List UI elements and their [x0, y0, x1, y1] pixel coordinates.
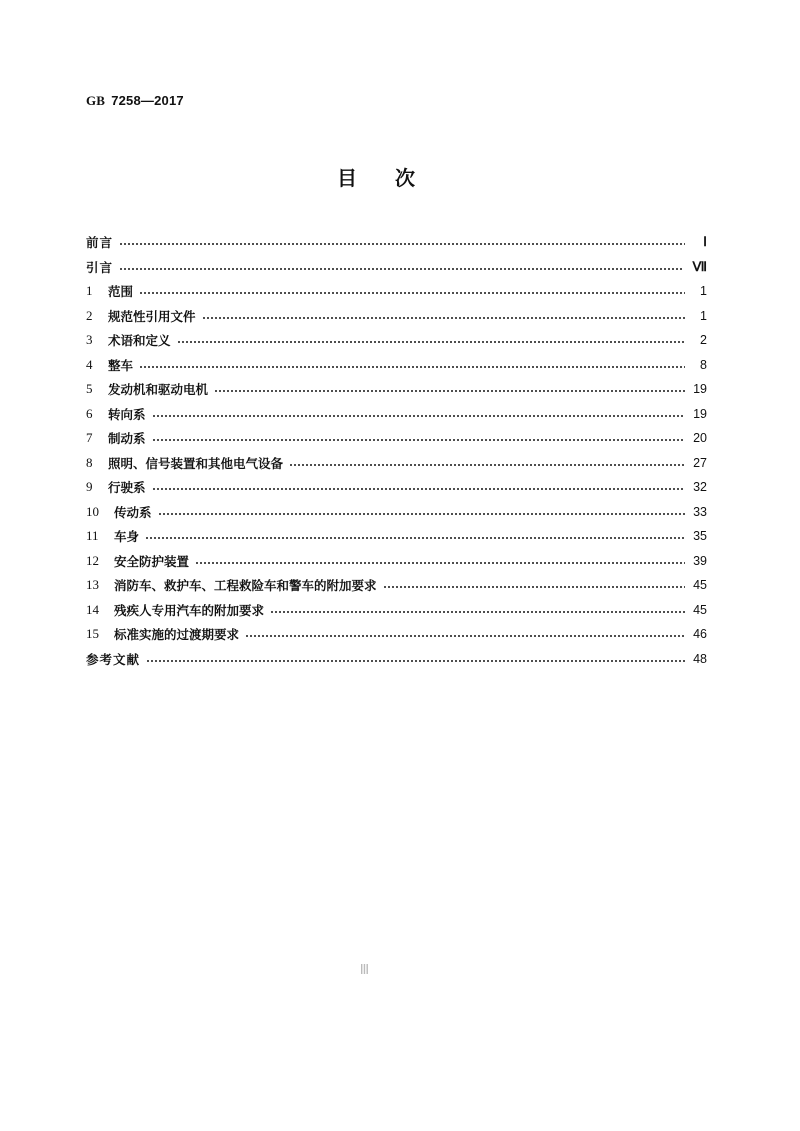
toc-entry-9[interactable]: 9 行驶系 32 [86, 475, 707, 500]
toc-number: 2 [86, 308, 108, 324]
toc-label: 标准实施的过渡期要求 [114, 625, 245, 643]
toc-number: 15 [86, 626, 114, 642]
dot-leader [177, 341, 685, 343]
toc-entry-11[interactable]: 11 车身 35 [86, 524, 707, 549]
toc-label: 残疾人专用汽车的附加要求 [114, 601, 270, 619]
toc-label: 范围 [108, 282, 139, 300]
toc-page: 19 [685, 382, 707, 396]
table-of-contents: 前言 Ⅰ 引言 Ⅶ 1 范围 1 2 规范性引用文件 1 3 术语和定义 2 4… [86, 230, 707, 671]
toc-number: 11 [86, 528, 114, 544]
toc-label: 术语和定义 [108, 331, 177, 349]
toc-number: 6 [86, 406, 108, 422]
toc-label: 发动机和驱动电机 [108, 380, 214, 398]
dot-leader [270, 611, 685, 613]
toc-number: 5 [86, 381, 108, 397]
standard-number: 7258—2017 [111, 93, 184, 108]
toc-entry-2[interactable]: 2 规范性引用文件 1 [86, 304, 707, 329]
dot-leader [139, 366, 685, 368]
toc-label: 整车 [108, 356, 139, 374]
toc-entry-7[interactable]: 7 制动系 20 [86, 426, 707, 451]
toc-page: 45 [685, 578, 707, 592]
toc-number: 10 [86, 504, 114, 520]
toc-page: 39 [685, 554, 707, 568]
toc-entry-3[interactable]: 3 术语和定义 2 [86, 328, 707, 353]
toc-entry-4[interactable]: 4 整车 8 [86, 353, 707, 378]
toc-entry-15[interactable]: 15 标准实施的过渡期要求 46 [86, 622, 707, 647]
toc-label: 参考文献 [86, 650, 146, 668]
toc-number: 13 [86, 577, 114, 593]
toc-page: 32 [685, 480, 707, 494]
dot-leader [289, 464, 685, 466]
toc-page: 46 [685, 627, 707, 641]
toc-number: 14 [86, 602, 114, 618]
toc-page: 45 [685, 603, 707, 617]
toc-entry-6[interactable]: 6 转向系 19 [86, 402, 707, 427]
toc-label: 行驶系 [108, 478, 152, 496]
toc-page: 33 [685, 505, 707, 519]
dot-leader [152, 415, 685, 417]
dot-leader [119, 268, 684, 270]
toc-entry-8[interactable]: 8 照明、信号装置和其他电气设备 27 [86, 451, 707, 476]
toc-page: Ⅶ [684, 259, 707, 275]
toc-number: 9 [86, 479, 108, 495]
toc-entry-bibliography[interactable]: 参考文献 48 [86, 647, 707, 672]
toc-number: 7 [86, 430, 108, 446]
page-number: Ⅲ [351, 962, 377, 979]
toc-number: 3 [86, 332, 108, 348]
dot-leader [146, 660, 685, 662]
toc-page: Ⅰ [685, 234, 707, 250]
toc-label: 照明、信号装置和其他电气设备 [108, 454, 289, 472]
toc-page: 20 [685, 431, 707, 445]
toc-entry-13[interactable]: 13 消防车、救护车、工程救险车和警车的附加要求 45 [86, 573, 707, 598]
dot-leader [152, 439, 685, 441]
toc-label: 车身 [114, 527, 145, 545]
toc-label: 引言 [86, 258, 119, 276]
document-header: GB7258—2017 [86, 93, 184, 109]
toc-page: 1 [685, 309, 707, 323]
dot-leader [195, 562, 685, 564]
dot-leader [145, 537, 685, 539]
dot-leader [152, 488, 685, 490]
toc-number: 12 [86, 553, 114, 569]
toc-entry-5[interactable]: 5 发动机和驱动电机 19 [86, 377, 707, 402]
dot-leader [202, 317, 685, 319]
toc-page: 19 [685, 407, 707, 421]
toc-label: 传动系 [114, 503, 158, 521]
toc-entry-1[interactable]: 1 范围 1 [86, 279, 707, 304]
toc-entry-foreword[interactable]: 前言 Ⅰ [86, 230, 707, 255]
toc-page: 27 [685, 456, 707, 470]
toc-page: 1 [685, 284, 707, 298]
standard-prefix: GB [86, 93, 105, 108]
dot-leader [119, 243, 685, 245]
toc-entry-10[interactable]: 10 传动系 33 [86, 500, 707, 525]
toc-page: 35 [685, 529, 707, 543]
toc-number: 8 [86, 455, 108, 471]
toc-number: 1 [86, 283, 108, 299]
toc-entry-12[interactable]: 12 安全防护装置 39 [86, 549, 707, 574]
dot-leader [214, 390, 685, 392]
dot-leader [245, 635, 685, 637]
toc-title: 目次 [0, 162, 790, 191]
toc-page: 2 [685, 333, 707, 347]
toc-number: 4 [86, 357, 108, 373]
dot-leader [139, 292, 685, 294]
toc-page: 8 [685, 358, 707, 372]
toc-label: 前言 [86, 233, 119, 251]
toc-label: 安全防护装置 [114, 552, 195, 570]
toc-page: 48 [685, 652, 707, 666]
toc-label: 消防车、救护车、工程救险车和警车的附加要求 [114, 576, 383, 594]
dot-leader [158, 513, 685, 515]
toc-label: 规范性引用文件 [108, 307, 202, 325]
dot-leader [383, 586, 685, 588]
toc-entry-14[interactable]: 14 残疾人专用汽车的附加要求 45 [86, 598, 707, 623]
toc-label: 制动系 [108, 429, 152, 447]
toc-label: 转向系 [108, 405, 152, 423]
toc-entry-introduction[interactable]: 引言 Ⅶ [86, 255, 707, 280]
